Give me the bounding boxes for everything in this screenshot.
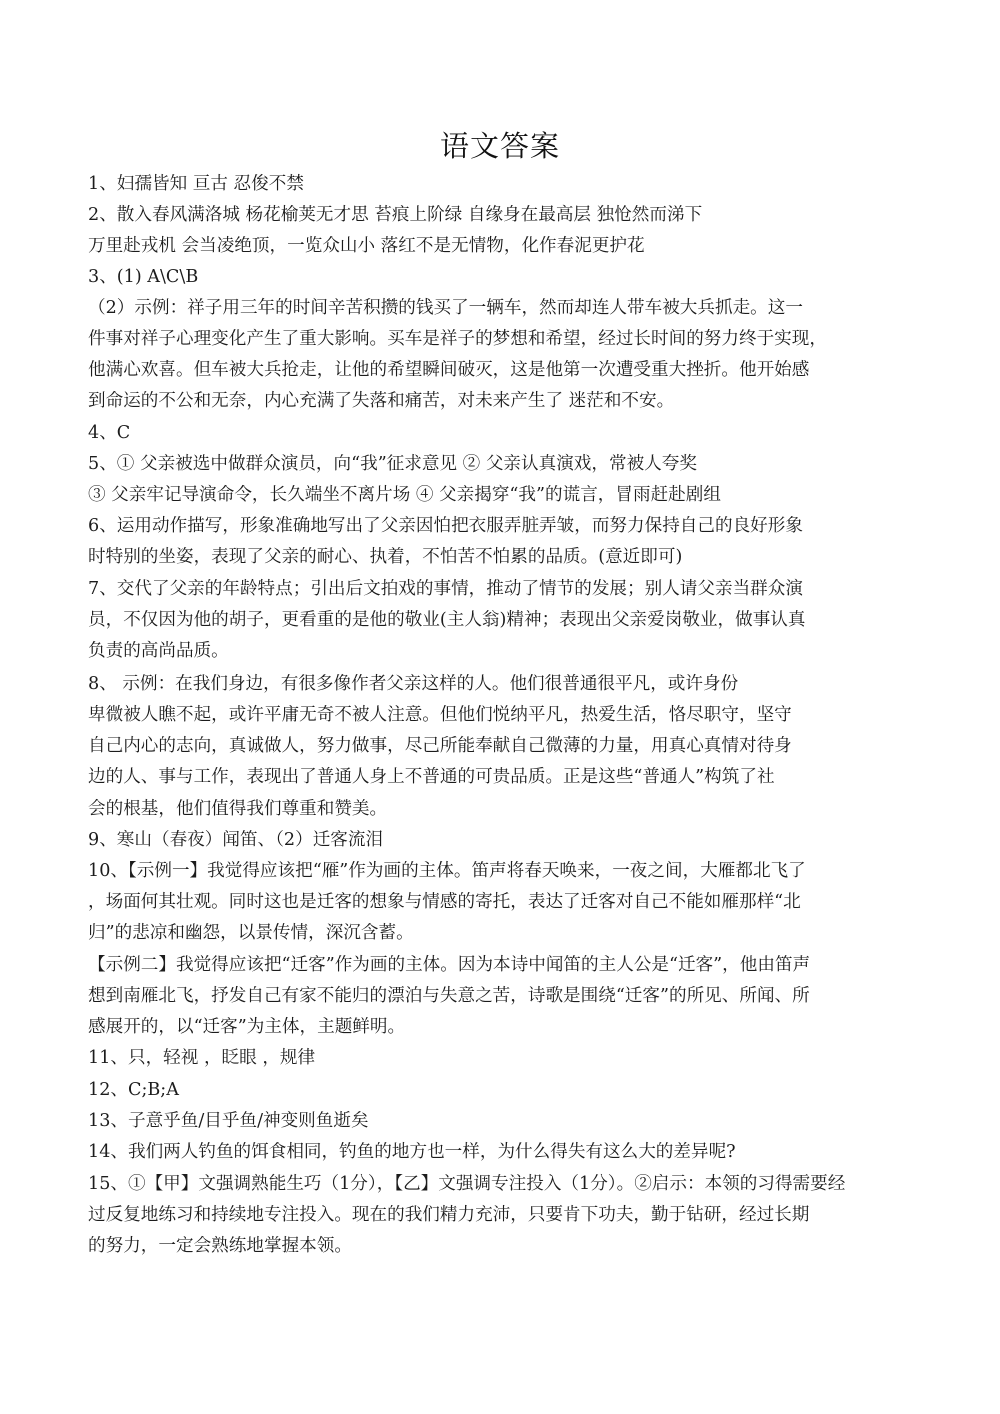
answer-line: 【示例二】我觉得应该把“迁客”作为画的主体。因为本诗中闻笛的主人公是“迁客”，他…	[88, 953, 810, 977]
answer-line: 的努力，一定会熟练地掌握本领。	[88, 1234, 352, 1258]
answer-line: 感展开的，以“迁客”为主体，主题鲜明。	[88, 1015, 405, 1039]
answer-line: 15、①【甲】文强调熟能生巧（1分），【乙】文强调专注投入（1分）。②启示：本领…	[88, 1172, 845, 1196]
answer-line: 边的人、事与工作，表现出了普通人身上不普通的可贵品质。正是这些“普通人”构筑了社	[88, 765, 775, 789]
answer-line: 归”的悲凉和幽怨，以景传情，深沉含蓄。	[88, 921, 414, 945]
answer-line: ，场面何其壮观。同时这也是迁客的想象与情感的寄托，表达了迁客对自己不能如雁那样“…	[88, 890, 801, 914]
answer-line: 过反复地练习和持续地专注投入。现在的我们精力充沛，只要肯下功夫，勤于钻研，经过长…	[88, 1203, 809, 1227]
answer-line: 3、(1) A\C\B	[88, 265, 198, 289]
answer-line: 负责的高尚品质。	[88, 639, 229, 663]
answer-line: （2）示例：祥子用三年的时间辛苦积攒的钱买了一辆车，然而却连人带车被大兵抓走。这…	[88, 296, 803, 320]
answer-line: 10、【示例一】我觉得应该把“雁”作为画的主体。笛声将春天唤来，一夜之间，大雁都…	[88, 859, 806, 883]
answer-line: 14、我们两人钓鱼的饵食相同，钓鱼的地方也一样，为什么得失有这么大的差异呢?	[88, 1140, 736, 1164]
answer-line: 时特别的坐姿，表现了父亲的耐心、执着，不怕苦不怕累的品质。(意近即可)	[88, 545, 682, 569]
answer-line: 13、子意乎鱼/目乎鱼/神变则鱼逝矣	[88, 1109, 369, 1133]
answer-line: 员，不仅因为他的胡子，更看重的是他的敬业(主人翁)精神；表现出父亲爱岗敬业，做事…	[88, 608, 805, 632]
answer-line: 6、运用动作描写，形象准确地写出了父亲因怕把衣服弄脏弄皱，而努力保持自己的良好形…	[88, 514, 803, 538]
answer-line: 11、只，轻视 ，眨眼 ，规律	[88, 1046, 315, 1070]
answer-line: 5、① 父亲被选中做群众演员，向“我”征求意见 ② 父亲认真演戏，常被人夸奖	[88, 452, 697, 476]
answer-line: 自己内心的志向，真诚做人，努力做事，尽己所能奉献自己微薄的力量，用真心真情对待身	[88, 734, 792, 758]
answer-line: 4、C	[88, 421, 130, 445]
answer-line: 件事对祥子心理变化产生了重大影响。买车是祥子的梦想和希望，经过长时间的努力终于实…	[88, 327, 827, 351]
answer-line: 他满心欢喜。但车被大兵抢走，让他的希望瞬间破灭，这是他第一次遭受重大挫折。他开始…	[88, 358, 809, 382]
answer-line: 卑微被人瞧不起，或许平庸无奇不被人注意。但他们悦纳平凡，热爱生活，恪尽职守，坚守	[88, 703, 792, 727]
answer-line: 会的根基，他们值得我们尊重和赞美。	[88, 797, 387, 821]
answer-line: 到命运的不公和无奈，内心充满了失落和痛苦，对未来产生了 迷茫和不安。	[88, 389, 674, 413]
answer-line: 12、C;B;A	[88, 1078, 179, 1102]
answer-line: 7、交代了父亲的年龄特点；引出后文拍戏的事情，推动了情节的发展；别人请父亲当群众…	[88, 577, 803, 601]
answer-line: 9、寒山（春夜）闻笛、（2）迁客流泪	[88, 828, 383, 852]
answer-sheet-page: 语文答案 1、妇孺皆知 亘古 忍俊不禁2、散入春风满洛城 杨花榆荚无才思 苔痕上…	[0, 0, 1000, 1414]
page-title: 语文答案	[0, 124, 1000, 165]
answer-line: 1、妇孺皆知 亘古 忍俊不禁	[88, 172, 304, 196]
answer-line: 8、 示例：在我们身边，有很多像作者父亲这样的人。他们很普通很平凡，或许身份	[88, 672, 738, 696]
answer-line: 万里赴戎机 会当凌绝顶，一览众山小 落红不是无情物，化作春泥更护花	[88, 234, 645, 258]
answer-line: ③ 父亲牢记导演命令，长久端坐不离片场 ④ 父亲揭穿“我”的谎言，冒雨赶赴剧组	[88, 483, 721, 507]
answer-line: 2、散入春风满洛城 杨花榆荚无才思 苔痕上阶绿 自缘身在最高层 独怆然而涕下	[88, 203, 702, 227]
answer-line: 想到南雁北飞，抒发自己有家不能归的漂泊与失意之苦，诗歌是围绕“迁客”的所见、所闻…	[88, 984, 810, 1008]
